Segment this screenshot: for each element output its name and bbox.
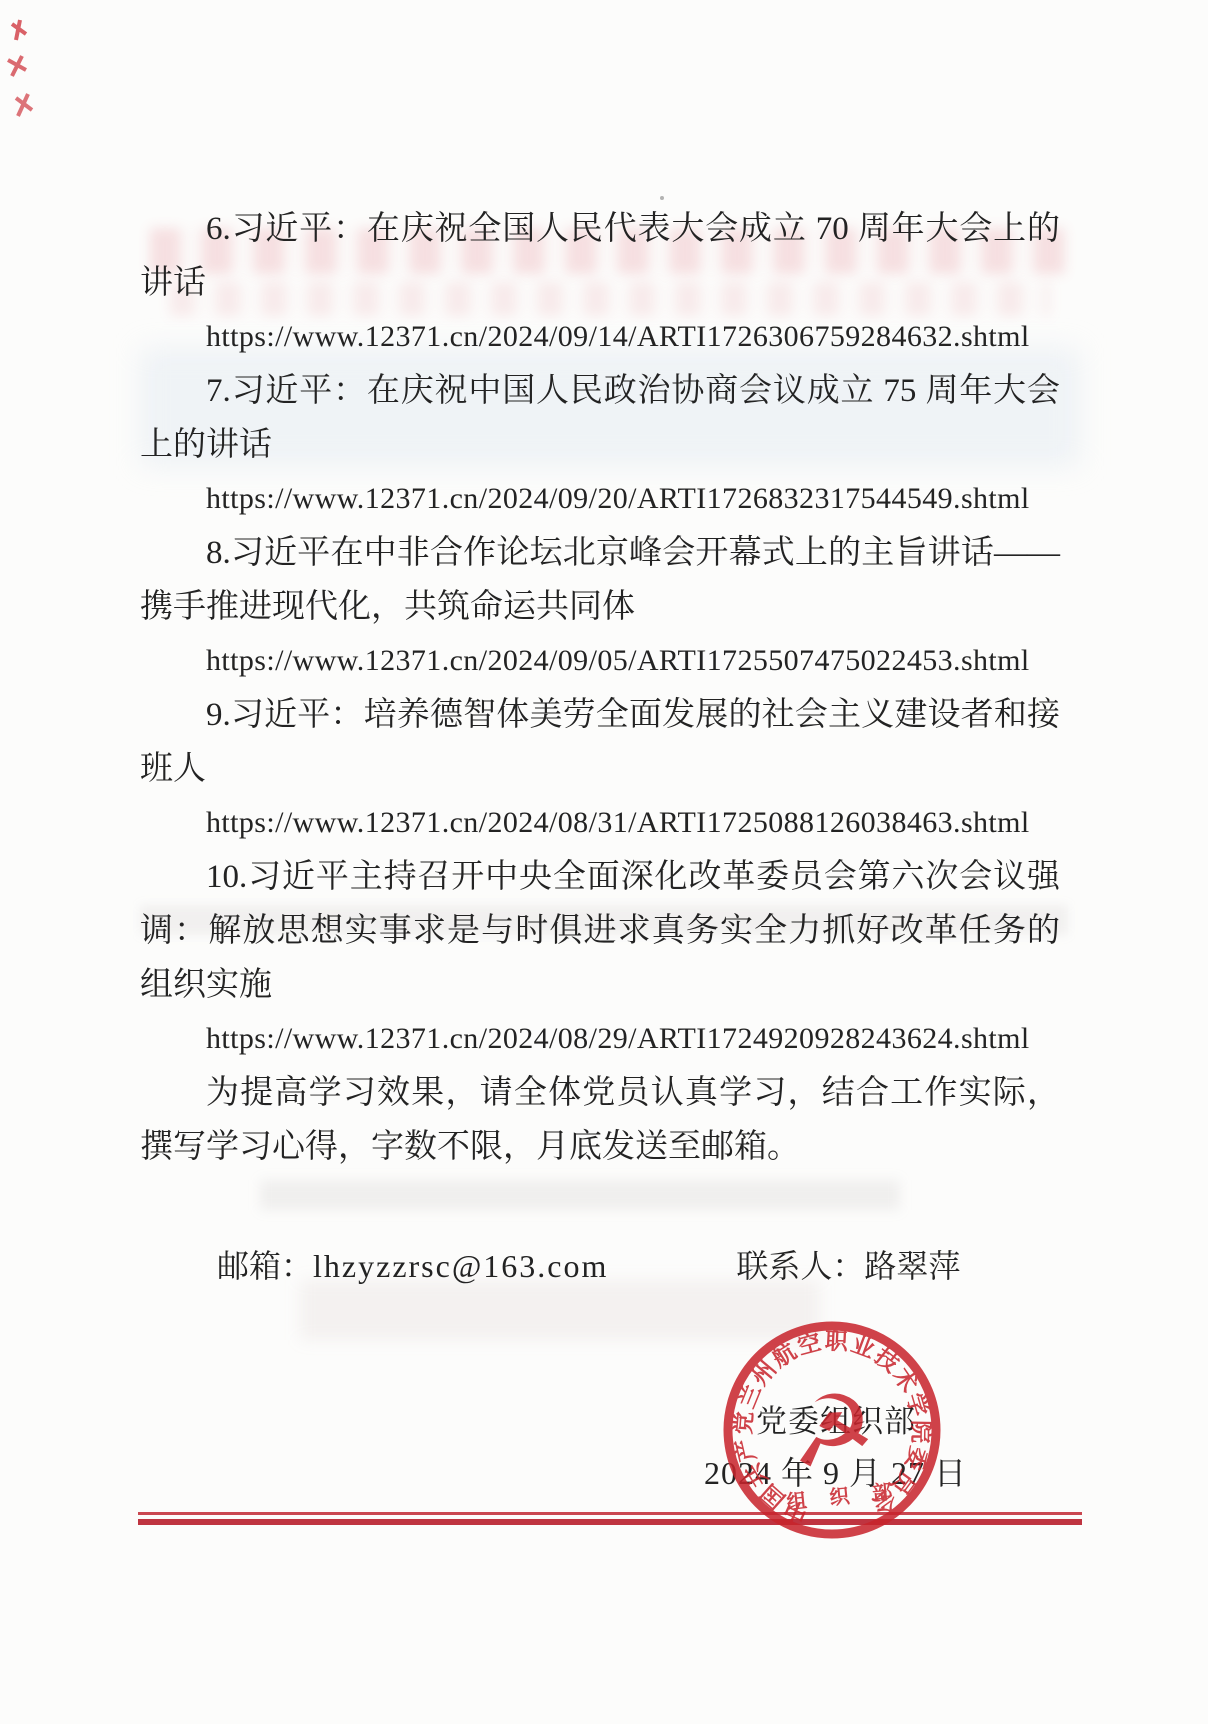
closing-paragraph: 为提高学习效果，请全体党员认真学习，结合工作实际，撰写学习心得，字数不限，月底发… — [140, 1066, 1060, 1174]
svg-text:党: 党 — [730, 1410, 757, 1435]
article-url: https://www.12371.cn/2024/09/20/ARTI1726… — [140, 472, 1060, 526]
article-title: 6.习近平：在庆祝全国人民代表大会成立 70 周年大会上的讲话 — [140, 202, 1060, 310]
contact-group: 联系人：路翠萍 — [736, 1244, 960, 1288]
email-label: 邮箱： — [217, 1248, 313, 1284]
contact-value: 路翠萍 — [864, 1248, 960, 1284]
article-url: https://www.12371.cn/2024/09/14/ARTI1726… — [140, 310, 1060, 364]
article-url: https://www.12371.cn/2024/08/31/ARTI1725… — [140, 796, 1060, 850]
svg-text:职: 职 — [824, 1329, 849, 1355]
article-title: 7.习近平：在庆祝中国人民政治协商会议成立 75 周年大会上的讲话 — [140, 364, 1060, 472]
article-title: 10.习近平主持召开中央全面深化改革委员会第六次会议强调：解放思想实事求是与时俱… — [140, 850, 1060, 1012]
article-url: https://www.12371.cn/2024/08/29/ARTI1724… — [140, 1012, 1060, 1066]
article-title: 8.习近平在中非合作论坛北京峰会开幕式上的主旨讲话——携手推进现代化，共筑命运共… — [140, 526, 1060, 634]
svg-text:院: 院 — [908, 1420, 933, 1443]
contact-label: 联系人： — [736, 1248, 864, 1284]
scan-speck — [660, 196, 664, 200]
scanned-document-page: { "page": { "background": "#fcfcfb", "ac… — [0, 0, 1208, 1724]
official-seal: 中国共产党兰州航空职业技术学院委员会 ☭ 组 织 部 — [714, 1312, 950, 1548]
document-body: 6.习近平：在庆祝全国人民代表大会成立 70 周年大会上的讲话 https://… — [140, 202, 1060, 1288]
contact-row: 邮箱：lhzyzzrsc@163.com 联系人：路翠萍 — [140, 1244, 1060, 1288]
hammer-sickle-icon: ☭ — [783, 1371, 880, 1491]
svg-text:产: 产 — [730, 1436, 761, 1464]
red-ink-marks — [2, 16, 66, 132]
article-url: https://www.12371.cn/2024/09/05/ARTI1725… — [140, 634, 1060, 688]
email-group: 邮箱：lhzyzzrsc@163.com — [217, 1244, 608, 1288]
article-title: 9.习近平：培养德智体美劳全面发展的社会主义建设者和接班人 — [140, 688, 1060, 796]
email-value: lhzyzzrsc@163.com — [313, 1248, 608, 1284]
